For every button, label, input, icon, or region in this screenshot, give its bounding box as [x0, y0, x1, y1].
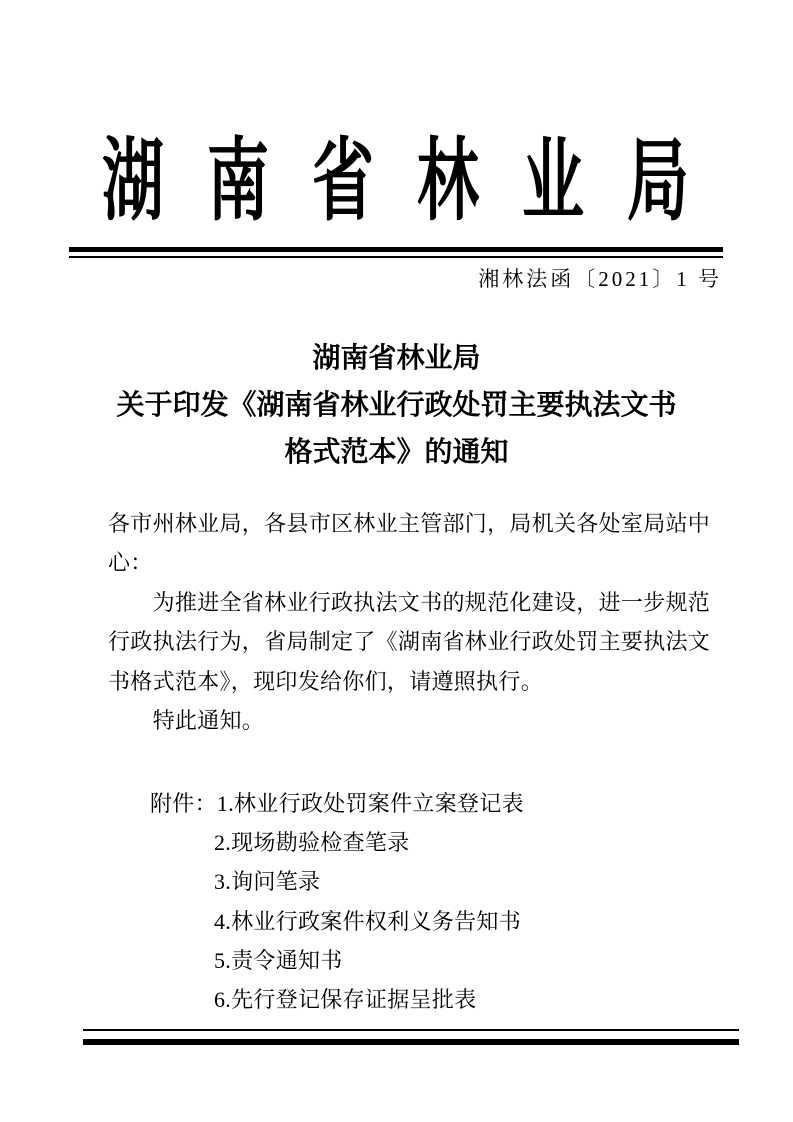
- attachments-label: 附件：: [150, 791, 217, 816]
- notice-title-line-2: 关于印发《湖南省林业行政处罚主要执法文书: [0, 382, 793, 429]
- attachments-section: 附件：1.林业行政处罚案件立案登记表 2.现场勘验检查笔录 3.询问笔录 4.林…: [150, 784, 710, 1019]
- body-text: 各市州林业局，各县市区林业主管部门，局机关各处室局站中 心： 为推进全省林业行政…: [108, 504, 728, 740]
- notice-title: 湖南省林业局 关于印发《湖南省林业行政处罚主要执法文书 格式范本》的通知: [0, 335, 793, 476]
- body-line: 行政执法行为，省局制定了《湖南省林业行政处罚主要执法文: [108, 622, 728, 661]
- attachment-item: 6.先行登记保存证据呈批表: [214, 980, 710, 1019]
- body-line: 各市州林业局，各县市区林业主管部门，局机关各处室局站中: [108, 504, 728, 543]
- footer-rule-thick: [83, 1039, 739, 1045]
- footer-rule-thin: [83, 1029, 739, 1031]
- header-rule-thick: [69, 247, 723, 252]
- notice-title-line-1: 湖南省林业局: [0, 335, 793, 382]
- document-page: 湖南省林业局 湘林法函〔2021〕1 号 湖南省林业局 关于印发《湖南省林业行政…: [0, 0, 793, 1122]
- letterhead-agency-name: 湖南省林业局: [102, 136, 762, 229]
- body-line: 特此通知。: [108, 701, 728, 740]
- body-line: 为推进全省林业行政执法文书的规范化建设，进一步规范: [108, 583, 728, 622]
- body-line: 心：: [108, 543, 728, 582]
- header-rule-thin: [69, 256, 723, 258]
- attachment-item: 5.责令通知书: [214, 941, 710, 980]
- attachment-item-text: 1.林业行政处罚案件立案登记表: [217, 791, 524, 816]
- attachment-item: 附件：1.林业行政处罚案件立案登记表: [150, 784, 710, 823]
- attachment-item: 3.询问笔录: [214, 862, 710, 901]
- notice-title-line-3: 格式范本》的通知: [0, 429, 793, 476]
- attachment-item: 4.林业行政案件权利义务告知书: [214, 902, 710, 941]
- doc-number: 湘林法函〔2021〕1 号: [478, 266, 722, 292]
- body-line: 书格式范本》，现印发给你们，请遵照执行。: [108, 662, 728, 701]
- attachment-item: 2.现场勘验检查笔录: [214, 823, 710, 862]
